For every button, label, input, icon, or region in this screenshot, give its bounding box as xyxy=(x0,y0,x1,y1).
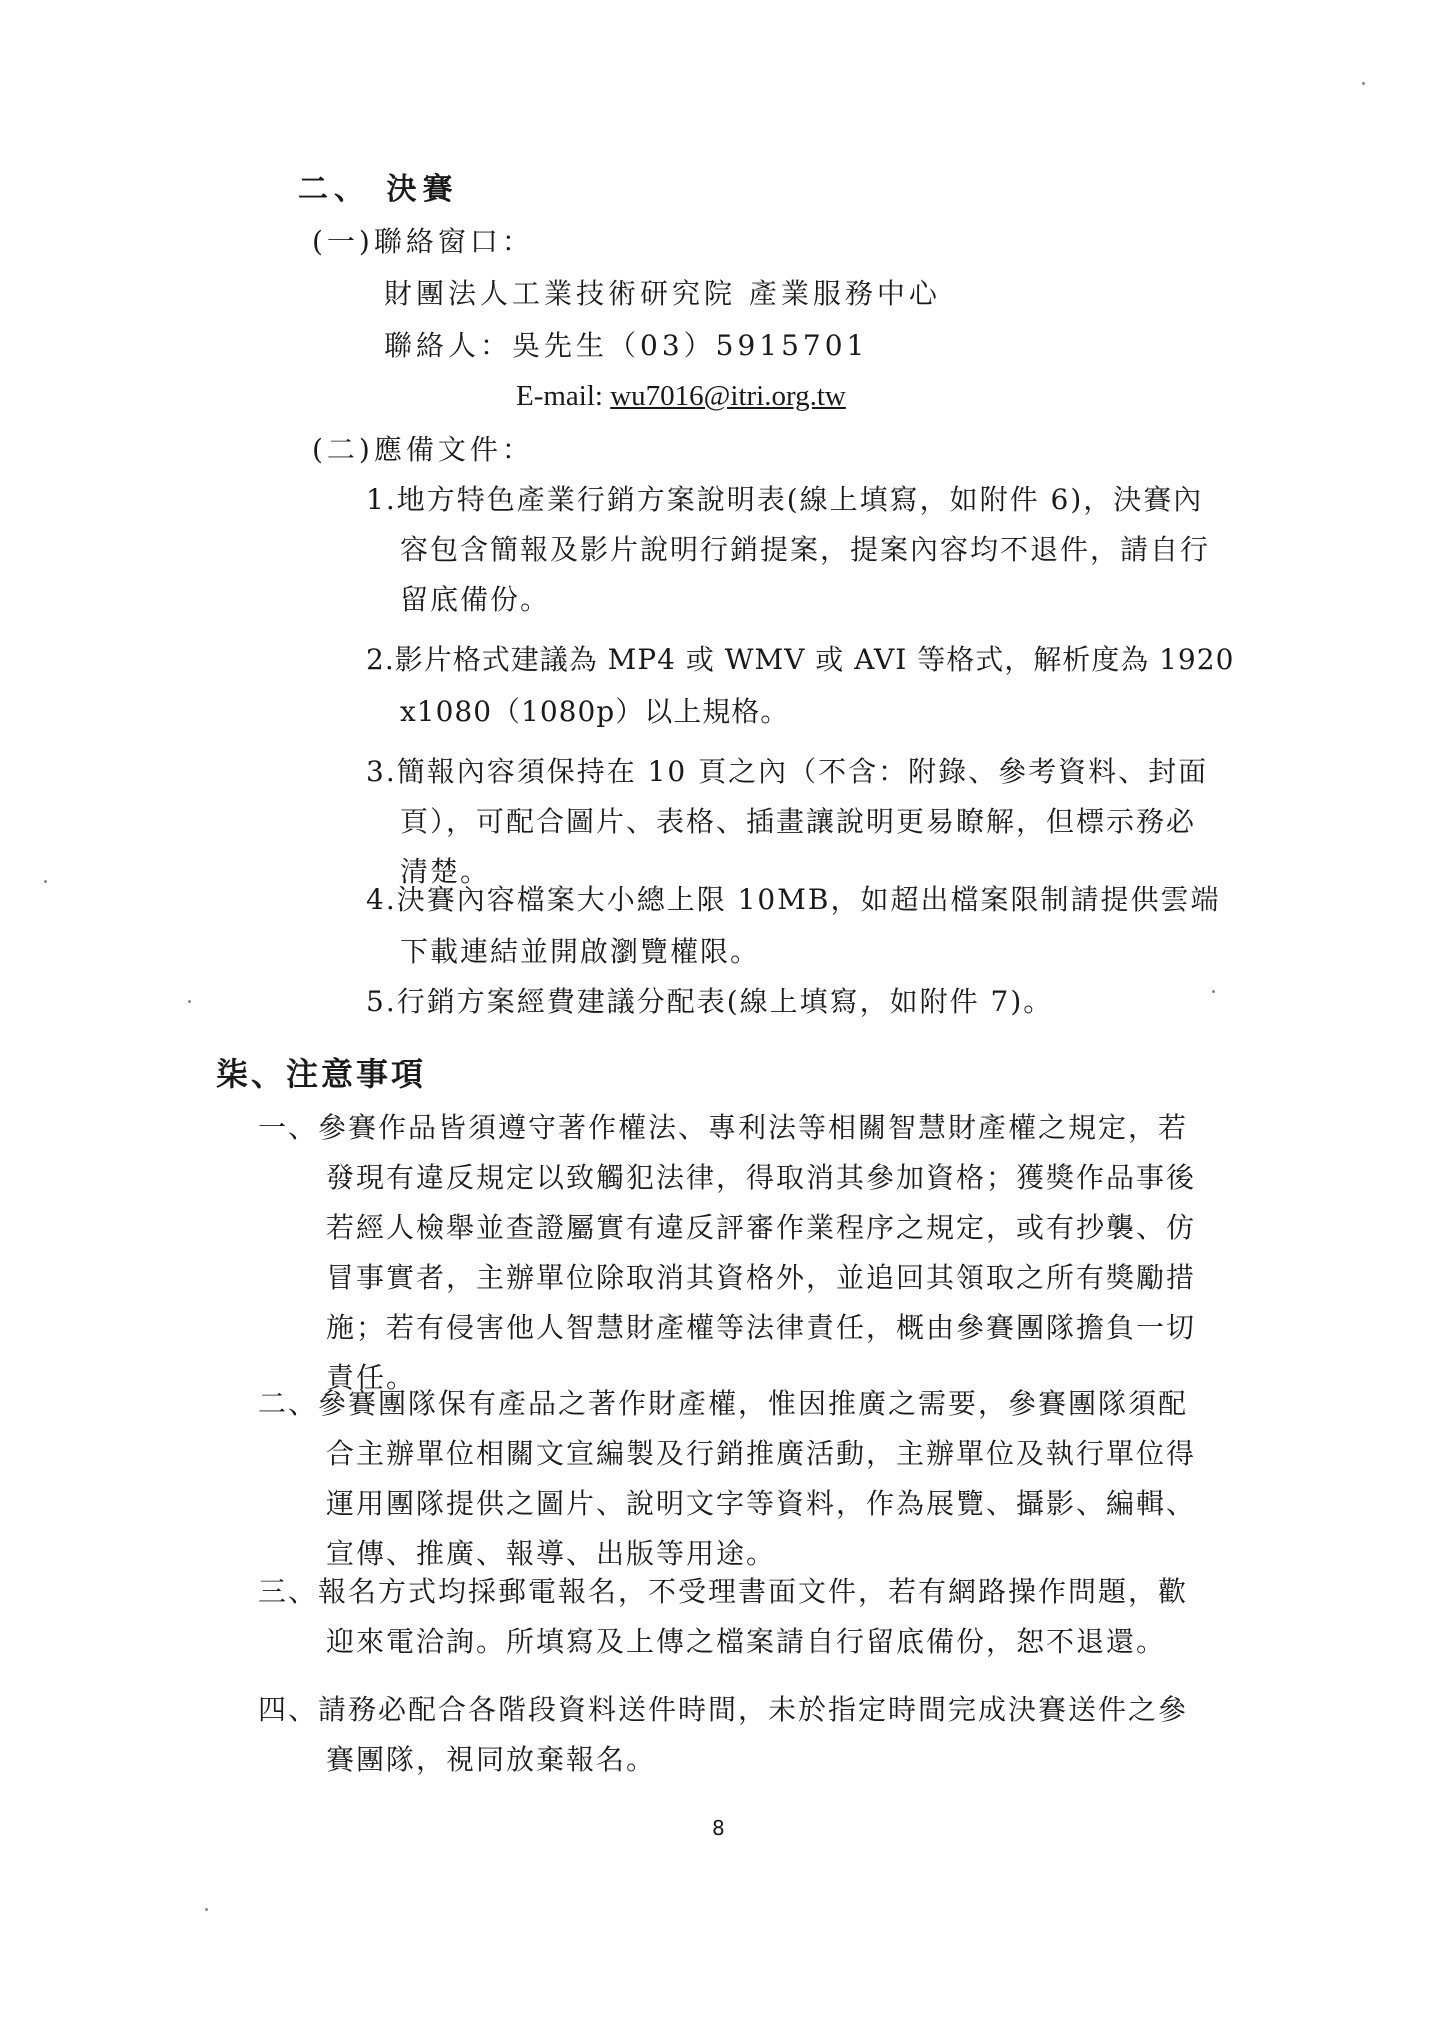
page-number: 8 xyxy=(712,1816,725,1840)
note-line: 三、報名方式均採郵電報名，不受理書面文件，若有網路操作問題，歡 xyxy=(258,1572,1188,1612)
note-line: 迎來電洽詢。所填寫及上傳之檔案請自行留底備份，恕不退還。 xyxy=(326,1622,1166,1662)
note-line: 施；若有侵害他人智慧財產權等法律責任，概由參賽團隊擔負一切 xyxy=(326,1308,1196,1348)
scan-speck xyxy=(205,1908,208,1911)
list-item-line: 2.影片格式建議為 MP4 或 WMV 或 AVI 等格式，解析度為 1920 xyxy=(366,640,1234,680)
contact-label: (一)聯絡窗口： xyxy=(312,222,534,262)
list-item-line: 容包含簡報及影片說明行銷提案，提案內容均不退件，請自行 xyxy=(400,530,1210,570)
contact-person: 聯絡人：吳先生（03）5915701 xyxy=(384,326,868,366)
list-item-line: 1.地方特色產業行銷方案說明表(線上填寫，如附件 6)，決賽內 xyxy=(366,480,1203,520)
note-line: 冒事實者，主辦單位除取消其資格外，並追回其領取之所有獎勵措 xyxy=(326,1258,1196,1298)
notes-heading: 柒、注意事項 xyxy=(216,1054,426,1094)
note-line: 宣傳、推廣、報導、出版等用途。 xyxy=(326,1534,776,1574)
list-item-line: 4.決賽內容檔案大小總上限 10MB，如超出檔案限制請提供雲端 xyxy=(366,880,1221,920)
scan-speck xyxy=(1362,82,1365,85)
email-label: E-mail: xyxy=(516,380,610,412)
note-line: 二、參賽團隊保有產品之著作財產權，惟因推廣之需要，參賽團隊須配 xyxy=(258,1384,1188,1424)
note-line: 四、請務必配合各階段資料送件時間，未於指定時間完成決賽送件之參 xyxy=(258,1690,1188,1730)
documents-label: (二)應備文件： xyxy=(312,430,534,470)
list-item-line: 5.行銷方案經費建議分配表(線上填寫，如附件 7)。 xyxy=(366,982,1053,1022)
note-line: 若經人檢舉並查證屬實有違反評審作業程序之規定，或有抄襲、仿 xyxy=(326,1208,1196,1248)
document-page: 二、 決賽 (一)聯絡窗口： 財團法人工業技術研究院 產業服務中心 聯絡人：吳先… xyxy=(0,0,1440,2037)
list-item-line: 下載連結並開啟瀏覽權限。 xyxy=(400,932,760,972)
email-link[interactable]: wu7016@itri.org.tw xyxy=(610,380,846,412)
list-item-line: 3.簡報內容須保持在 10 頁之內（不含：附錄、參考資料、封面 xyxy=(366,752,1208,792)
note-line: 合主辦單位相關文宣編製及行銷推廣活動，主辦單位及執行單位得 xyxy=(326,1434,1196,1474)
scan-speck xyxy=(1212,990,1215,993)
contact-email-line: E-mail: wu7016@itri.org.tw xyxy=(516,376,846,416)
section-heading: 二、 決賽 xyxy=(298,170,458,210)
list-item-line: 留底備份。 xyxy=(400,580,550,620)
scan-speck xyxy=(44,880,47,883)
note-line: 賽團隊，視同放棄報名。 xyxy=(326,1740,656,1780)
list-item-line: 頁），可配合圖片、表格、插畫讓說明更易瞭解，但標示務必 xyxy=(400,802,1196,842)
scan-speck xyxy=(188,1000,191,1003)
list-item-line: x1080（1080p）以上規格。 xyxy=(400,692,789,732)
note-line: 運用團隊提供之圖片、說明文字等資料，作為展覽、攝影、編輯、 xyxy=(326,1484,1196,1524)
note-line: 一、參賽作品皆須遵守著作權法、專利法等相關智慧財產權之規定，若 xyxy=(258,1108,1188,1148)
note-line: 發現有違反規定以致觸犯法律，得取消其參加資格；獲獎作品事後 xyxy=(326,1158,1196,1198)
contact-organization: 財團法人工業技術研究院 產業服務中心 xyxy=(384,274,941,314)
